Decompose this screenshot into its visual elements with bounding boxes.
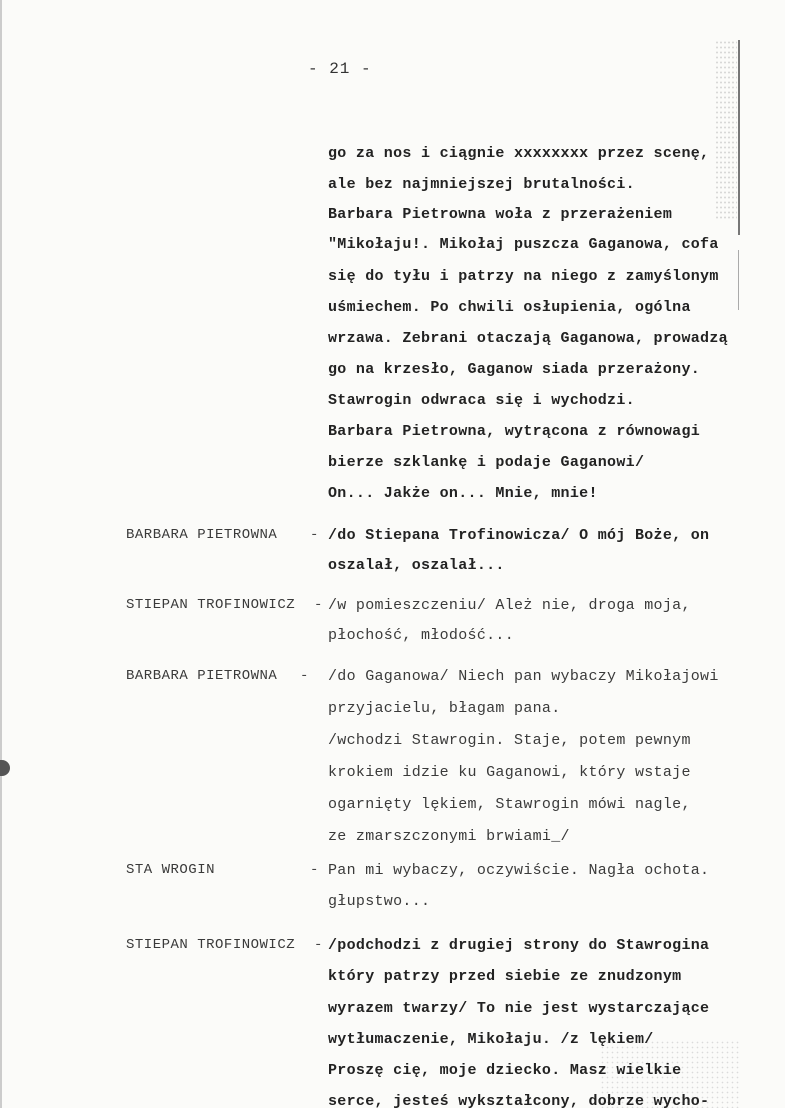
text-line: wrzawa. Zebrani otaczają Gaganowa, prowa…: [328, 330, 728, 347]
dialogue-line: wytłumaczenie, Mikołaju. /z lękiem/: [328, 1031, 654, 1048]
dialogue-line: ogarnięty lękiem, Stawrogin mówi nagle,: [328, 796, 691, 813]
dialogue-line: serce, jesteś wykształcony, dobrze wycho…: [328, 1093, 709, 1108]
speaker-name: STIEPAN TROFINOWICZ: [126, 937, 295, 953]
text-line: bierze szklankę i podaje Gaganowi/: [328, 454, 644, 471]
dialogue-line: Proszę cię, moje dziecko. Masz wielkie: [328, 1062, 681, 1079]
dialogue-line: głupstwo...: [328, 893, 430, 910]
text-line: On... Jakże on... Mnie, mnie!: [328, 485, 598, 502]
text-line: go na krzesło, Gaganow siada przerażony.: [328, 361, 700, 378]
text-line: Barbara Pietrowna, wytrącona z równowagi: [328, 423, 700, 440]
speaker-name: STIEPAN TROFINOWICZ: [126, 597, 295, 613]
text-line: "Mikołaju!. Mikołaj puszcza Gaganowa, co…: [328, 236, 719, 253]
speaker-dash: -: [314, 597, 322, 613]
speaker-dash: -: [314, 937, 322, 953]
binder-hole-mark: [0, 760, 10, 776]
dialogue-line: przyjacielu, błagam pana.: [328, 700, 561, 717]
dialogue-line: /w pomieszczeniu/ Ależ nie, droga moja,: [328, 597, 691, 614]
dialogue-line: Pan mi wybaczy, oczywiście. Nagła ochota…: [328, 862, 709, 879]
dialogue-line: który patrzy przed siebie ze znudzonym: [328, 968, 681, 985]
speaker-name: BARBARA PIETROWNA: [126, 527, 277, 543]
scan-noise: [715, 40, 737, 220]
dialogue-line: /do Gaganowa/ Niech pan wybaczy Mikołajo…: [328, 668, 719, 685]
text-line: go za nos i ciągnie xxxxxxxx przez scenę…: [328, 145, 709, 162]
dialogue-line: /podchodzi z drugiej strony do Stawrogin…: [328, 937, 709, 954]
dialogue-line: krokiem idzie ku Gaganowi, który wstaje: [328, 764, 691, 781]
text-line: Barbara Pietrowna woła z przerażeniem: [328, 206, 672, 223]
dialogue-line: wyrazem twarzy/ To nie jest wystarczając…: [328, 1000, 709, 1017]
speaker-name: STA WROGIN: [126, 862, 215, 878]
typescript-page: - 21 - go za nos i ciągnie xxxxxxxx prze…: [0, 0, 785, 1108]
speaker-dash: -: [300, 668, 308, 684]
text-line: uśmiechem. Po chwili osłupienia, ogólna: [328, 299, 691, 316]
text-line: Stawrogin odwraca się i wychodzi.: [328, 392, 635, 409]
page-number: - 21 -: [308, 60, 372, 78]
page-edge-line: [738, 250, 739, 310]
dialogue-line: oszalał, oszalał...: [328, 557, 505, 574]
speaker-dash: -: [310, 527, 318, 543]
dialogue-line: /do Stiepana Trofinowicza/ O mój Boże, o…: [328, 527, 709, 544]
page-edge-line: [738, 40, 740, 235]
text-line: się do tyłu i patrzy na niego z zamyślon…: [328, 268, 719, 285]
dialogue-line: ze zmarszczonymi brwiami_/: [328, 828, 570, 845]
speaker-dash: -: [310, 862, 318, 878]
text-line: ale bez najmniejszej brutalności.: [328, 176, 635, 193]
scan-edge: [0, 0, 2, 1108]
speaker-name: BARBARA PIETROWNA: [126, 668, 277, 684]
dialogue-line: płochość, młodość...: [328, 627, 514, 644]
dialogue-line: /wchodzi Stawrogin. Staje, potem pewnym: [328, 732, 691, 749]
